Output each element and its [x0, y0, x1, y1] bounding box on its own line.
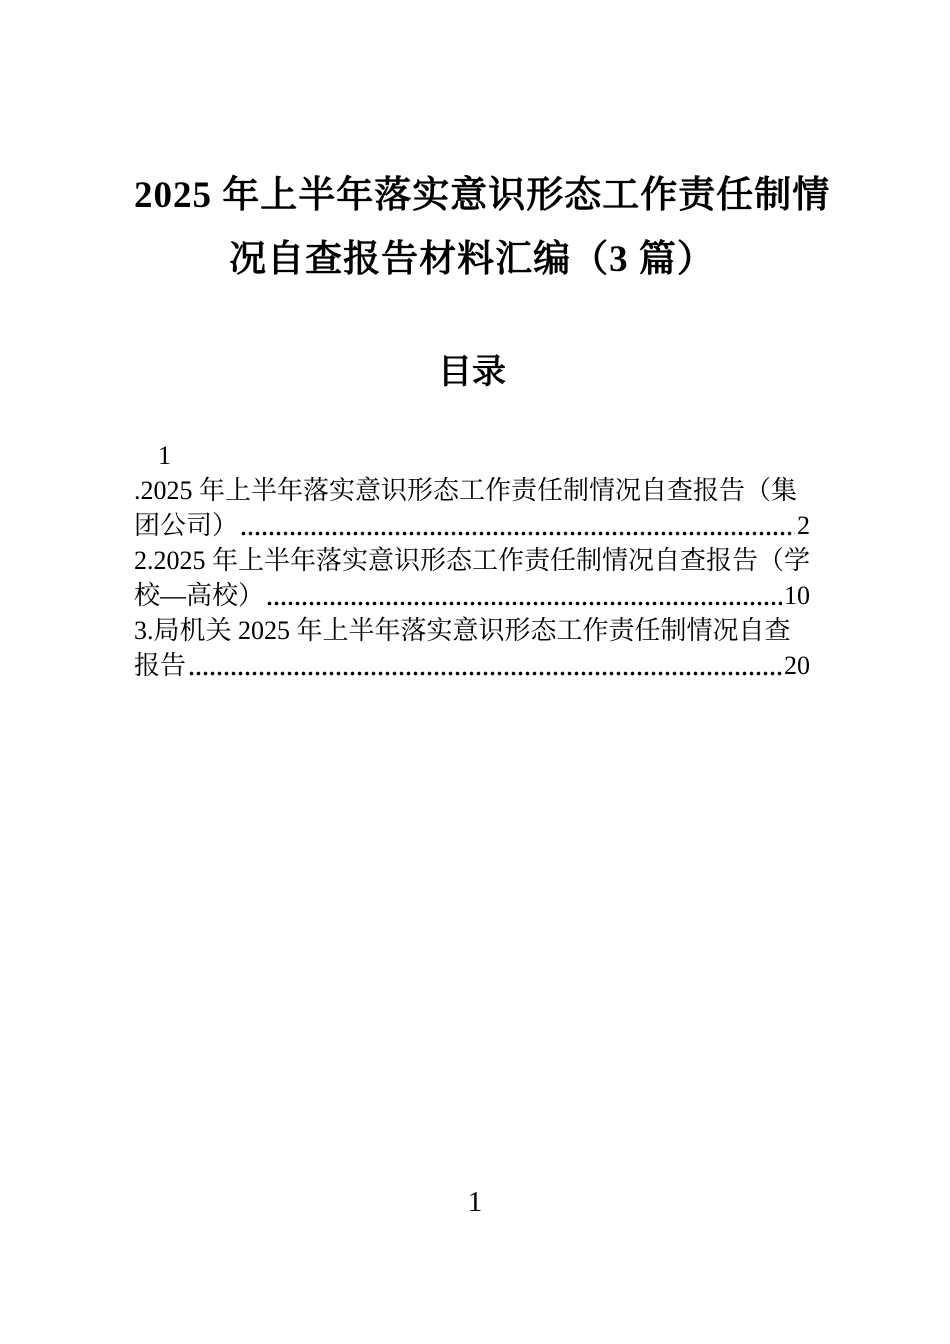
toc-entry-1-text: .2025 年上半年落实意识形态工作责任制情况自查报告（集: [134, 473, 810, 508]
toc-entry-3-page-number: 20: [784, 648, 810, 683]
toc-entry-2-continuation: 校—高校） 10: [134, 578, 810, 613]
toc-entry-1-continuation: 团公司） 2: [134, 508, 810, 543]
document-content: 2025 年上半年落实意识形态工作责任制情 况自查报告材料汇编（3 篇） 目录 …: [0, 164, 950, 683]
toc-entry-2-text-wrap: 校—高校）: [134, 578, 264, 613]
toc-entry-2-page-number: 10: [784, 578, 810, 613]
document-title-line-2: 况自查报告材料汇编（3 篇）: [134, 228, 810, 292]
toc-entry-1-text-wrap: 团公司）: [134, 508, 238, 543]
toc-entry-3-text-wrap: 报告: [134, 648, 186, 683]
toc-entry-2-text: 2.2025 年上半年落实意识形态工作责任制情况自查报告（学: [134, 543, 810, 578]
document-title-line-1: 2025 年上半年落实意识形态工作责任制情: [134, 164, 810, 228]
document-page: 2025 年上半年落实意识形态工作责任制情 况自查报告材料汇编（3 篇） 目录 …: [0, 0, 950, 1344]
dot-leader: [240, 508, 795, 543]
dot-leader: [188, 648, 782, 683]
document-title: 2025 年上半年落实意识形态工作责任制情 况自查报告材料汇编（3 篇）: [134, 164, 810, 292]
toc-entry-1: .2025 年上半年落实意识形态工作责任制情况自查报告（集 团公司） 2: [134, 473, 810, 543]
toc-list: 1 .2025 年上半年落实意识形态工作责任制情况自查报告（集 团公司） 2 2…: [134, 438, 810, 683]
toc-entry-3-continuation: 报告 20: [134, 648, 810, 683]
toc-entry-3-text: 3.局机关 2025 年上半年落实意识形态工作责任制情况自查: [134, 613, 810, 648]
dot-leader: [266, 578, 782, 613]
footer-page-number: 1: [0, 1185, 950, 1219]
toc-entry-2: 2.2025 年上半年落实意识形态工作责任制情况自查报告（学 校—高校） 10: [134, 543, 810, 613]
toc-entry-3: 3.局机关 2025 年上半年落实意识形态工作责任制情况自查 报告 20: [134, 613, 810, 683]
toc-entry-1-page-number: 2: [797, 508, 810, 543]
toc-entry-1-number: 1: [134, 438, 810, 473]
toc-heading: 目录: [134, 352, 810, 394]
